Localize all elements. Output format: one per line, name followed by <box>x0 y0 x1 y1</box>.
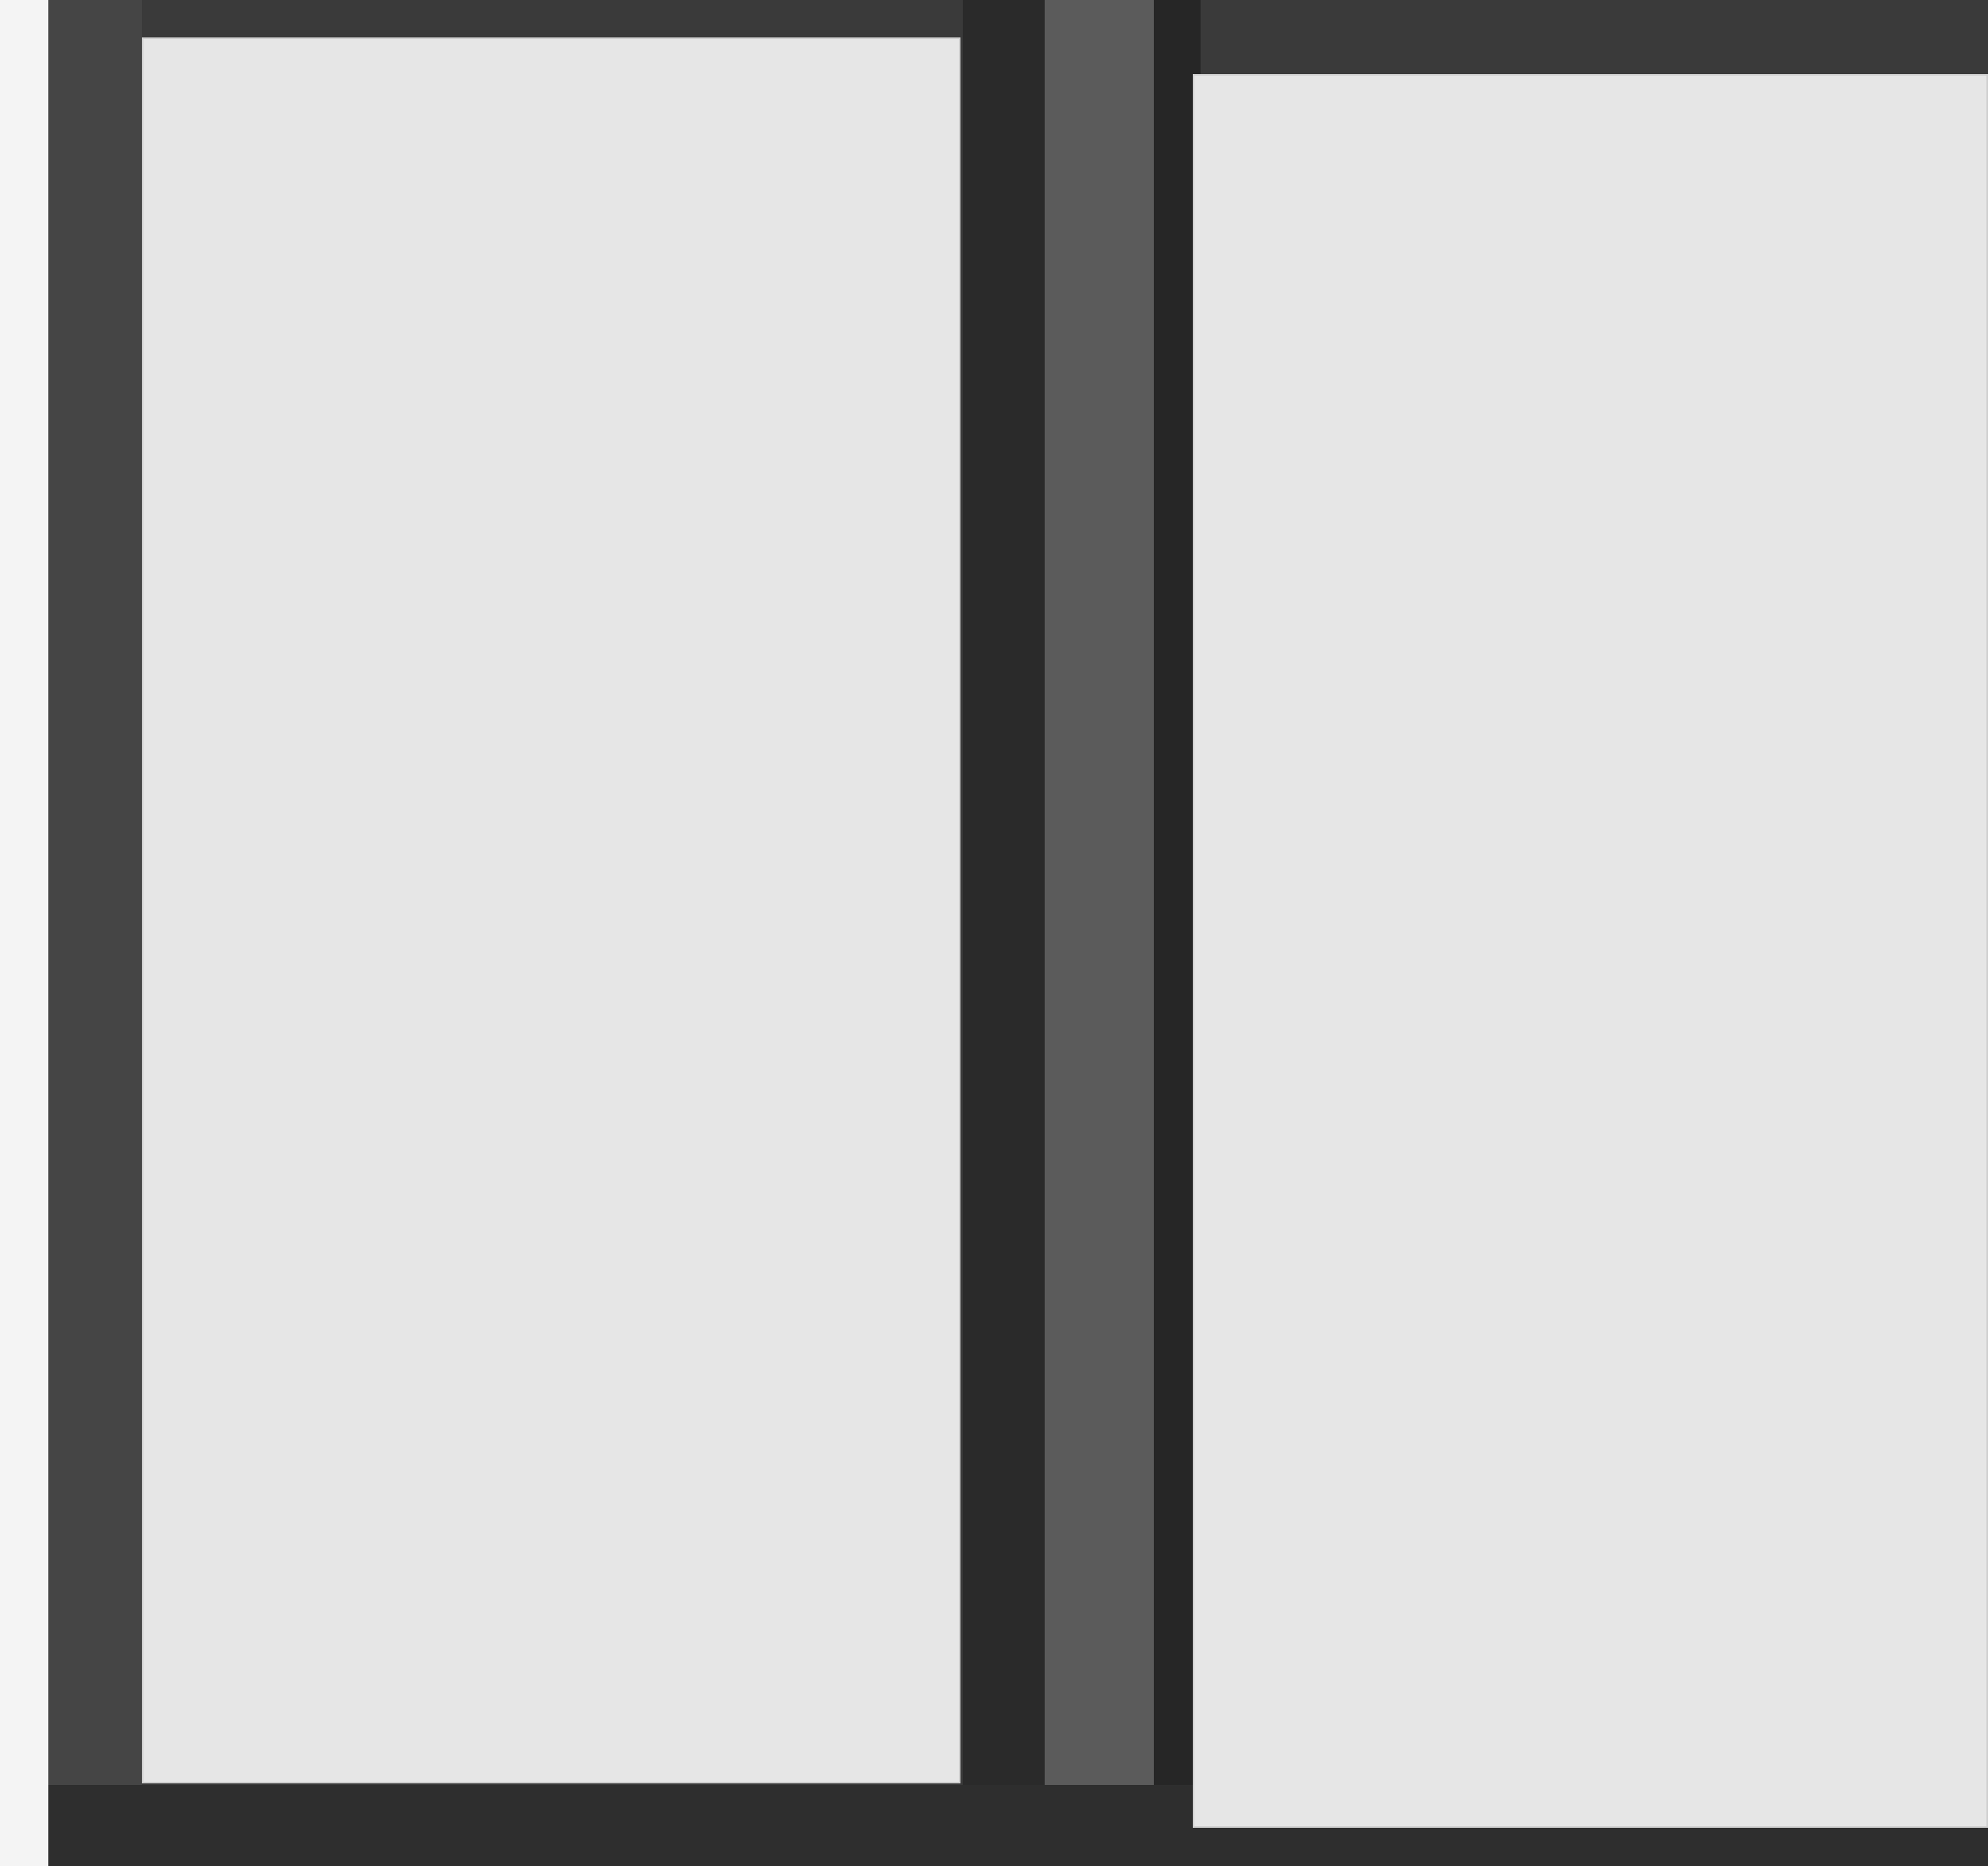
scan-background <box>1045 0 1154 1866</box>
scan-background <box>963 0 1045 1866</box>
morning-report-form-1 <box>142 37 960 1783</box>
scan-margin <box>0 0 48 1866</box>
scan-background <box>48 0 142 1866</box>
morning-report-form-2 <box>1193 74 1988 1828</box>
